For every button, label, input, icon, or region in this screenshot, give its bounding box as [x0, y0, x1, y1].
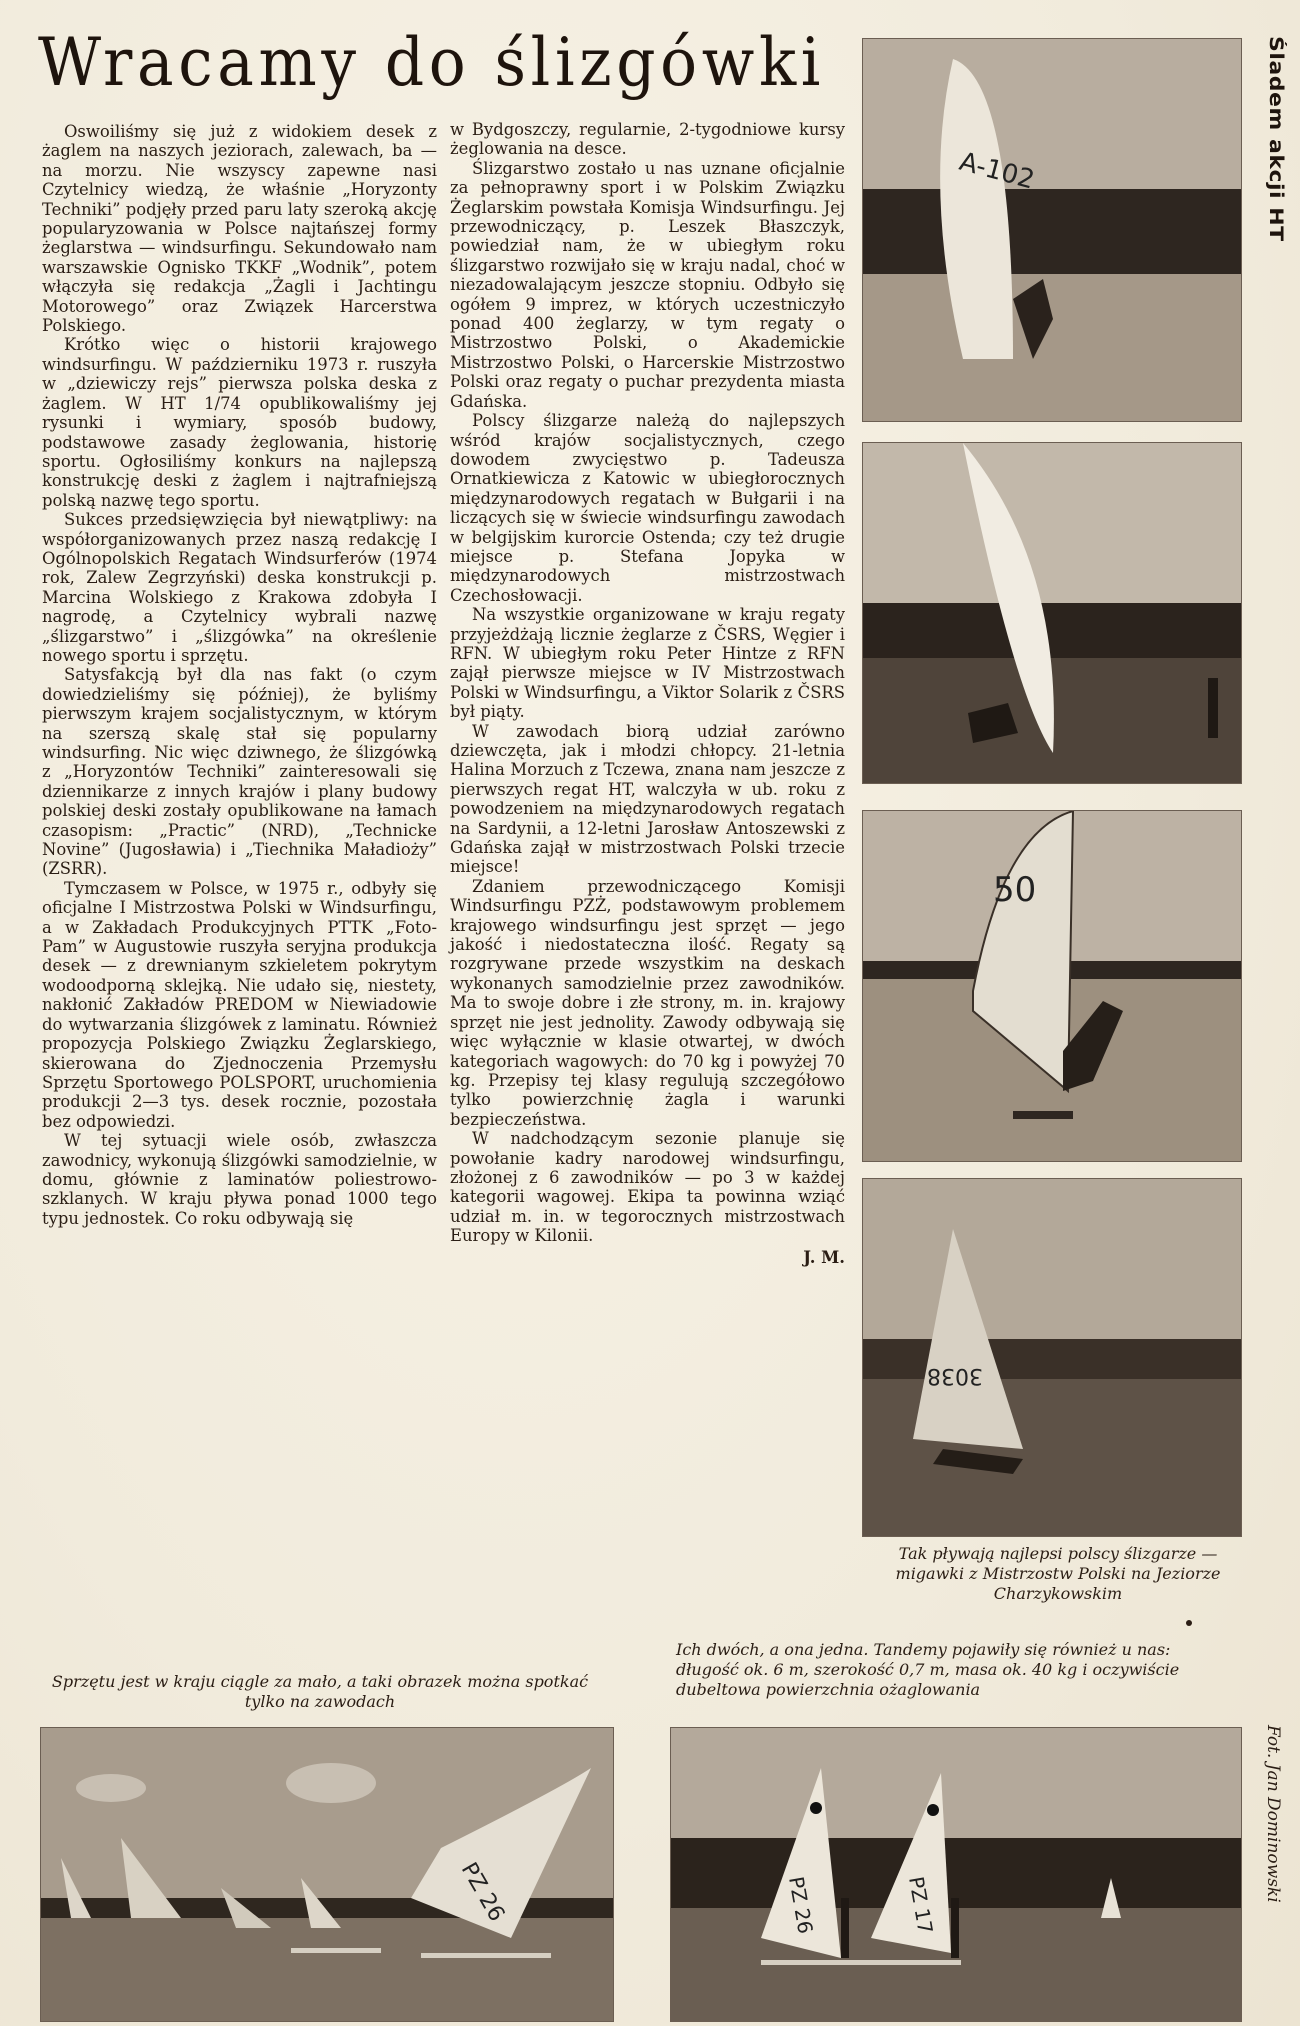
regatta-sails-icon: PZ 26 — [41, 1728, 613, 2021]
right-column-photo-caption: Tak pływają najlepsi polscy ślizgarze — … — [868, 1544, 1248, 1604]
section-tag: Śladem akcji HT — [1265, 36, 1286, 242]
paragraph: W tej sytuacji wiele osób, zwłaszcza zaw… — [42, 1131, 437, 1228]
paragraph: Zdaniem przewodniczącego Komisji Windsur… — [450, 877, 845, 1129]
windsurfer-photo-1: A-102 — [862, 38, 1242, 422]
paragraph: Krótko więc o historii krajowego windsur… — [42, 335, 437, 510]
bottom-right-photo-caption: Ich dwóch, a ona jedna. Tandemy pojawiły… — [676, 1640, 1236, 1700]
paragraph: Na wszystkie organizowane w kraju regaty… — [450, 605, 845, 721]
windsurfer-sail-icon: A-102 — [863, 39, 1241, 421]
windsurfer-photo-3: 50 — [862, 810, 1242, 1162]
paragraph: Ślizgarstwo zostało u nas uznane oficjal… — [450, 159, 845, 411]
bottom-left-photo-caption: Sprzętu jest w kraju ciągle za mało, a t… — [40, 1672, 600, 1712]
paragraph: Satysfakcją był dla nas fakt (o czym dow… — [42, 665, 437, 878]
svg-text:50: 50 — [993, 870, 1036, 910]
paragraph: Polscy ślizgarze należą do najlepszych w… — [450, 411, 845, 605]
windsurfer-photo-2 — [862, 442, 1242, 784]
magazine-page: Wracamy do ślizgówki Oswoiliśmy się już … — [0, 0, 1300, 2026]
tandem-photo: PZ 26 PZ 17 — [670, 1727, 1242, 2022]
paragraph: Tymczasem w Polsce, w 1975 r., odbyły si… — [42, 879, 437, 1131]
author-signature: J. M. — [450, 1248, 845, 1267]
paragraph: W zawodach biorą udział zarówno dziewczę… — [450, 722, 845, 877]
svg-text:3038: 3038 — [927, 1363, 983, 1388]
tandem-sails-icon: PZ 26 PZ 17 — [671, 1728, 1241, 2021]
photo-credit: Fot. Jan Dominowski — [1263, 1725, 1283, 1903]
windsurfer-sail-icon: 3038 — [863, 1179, 1241, 1536]
paragraph: w Bydgoszczy, regularnie, 2-tygodniowe k… — [450, 120, 845, 159]
paragraph: Sukces przedsięwzięcia był niewątpliwy: … — [42, 510, 437, 665]
article-column-2: w Bydgoszczy, regularnie, 2-tygodniowe k… — [450, 120, 845, 1267]
decorative-dot — [1186, 1620, 1192, 1626]
windsurfer-photo-4: 3038 — [862, 1178, 1242, 1537]
paragraph: W nadchodzącym sezonie planuje się powoł… — [450, 1129, 845, 1245]
paragraph: Oswoiliśmy się już z widokiem desek z ża… — [42, 122, 437, 335]
regatta-photo: PZ 26 — [40, 1727, 614, 2022]
article-title: Wracamy do ślizgówki — [38, 30, 782, 96]
windsurfer-sail-icon — [863, 443, 1241, 783]
windsurfer-sail-icon: 50 — [863, 811, 1241, 1161]
article-column-1: Oswoiliśmy się już z widokiem desek z ża… — [42, 122, 437, 1228]
